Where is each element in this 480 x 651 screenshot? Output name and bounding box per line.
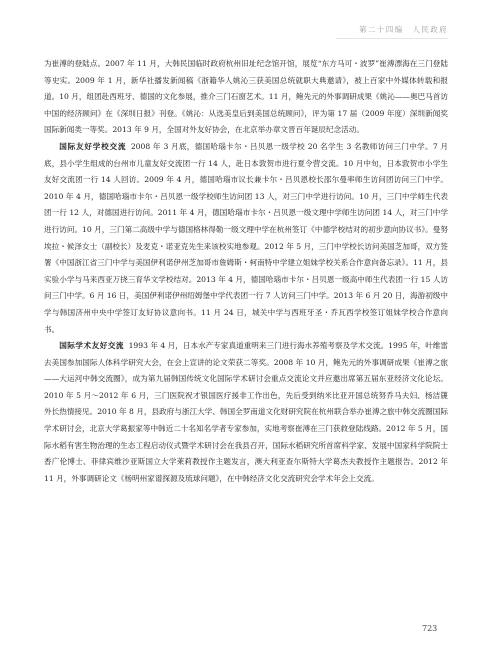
paragraph-text: 为崔溥的登陆点。2007 年 11 月，大韩民国临时政府杭州旧址纪念馆开馆，展览… [44, 59, 448, 134]
running-head: 第二十四编 人民政府 [336, 24, 448, 39]
paragraph-academic-exchange: 国际学术友好交流1993 年 4 月，日本水产专家真道重明来三门进行海水养殖考察… [44, 338, 448, 487]
article-body: 为崔溥的登陆点。2007 年 11 月，大韩民国临时政府杭州旧址纪念馆开馆，展览… [44, 56, 448, 487]
page-number: 723 [422, 624, 437, 633]
section-title-school-exchange: 国际友好学校交流 [59, 142, 126, 151]
paragraph-intro-continuation: 为崔溥的登陆点。2007 年 11 月，大韩民国临时政府杭州旧址纪念馆开馆，展览… [44, 56, 448, 139]
section-title-academic-exchange: 国际学术友好交流 [59, 341, 124, 350]
paragraph-school-exchange: 国际友好学校交流2008 年 3 月底，德国哈瑙卡尔・吕贝恩一级学校 20 名学… [44, 139, 448, 338]
paragraph-text: 1993 年 4 月，日本水产专家真道重明来三门进行海水养殖考察及学术交流。19… [44, 341, 448, 483]
paragraph-text: 2008 年 3 月底，德国哈瑙卡尔・吕贝恩一级学校 20 名学生 3 名教师访… [44, 142, 448, 334]
